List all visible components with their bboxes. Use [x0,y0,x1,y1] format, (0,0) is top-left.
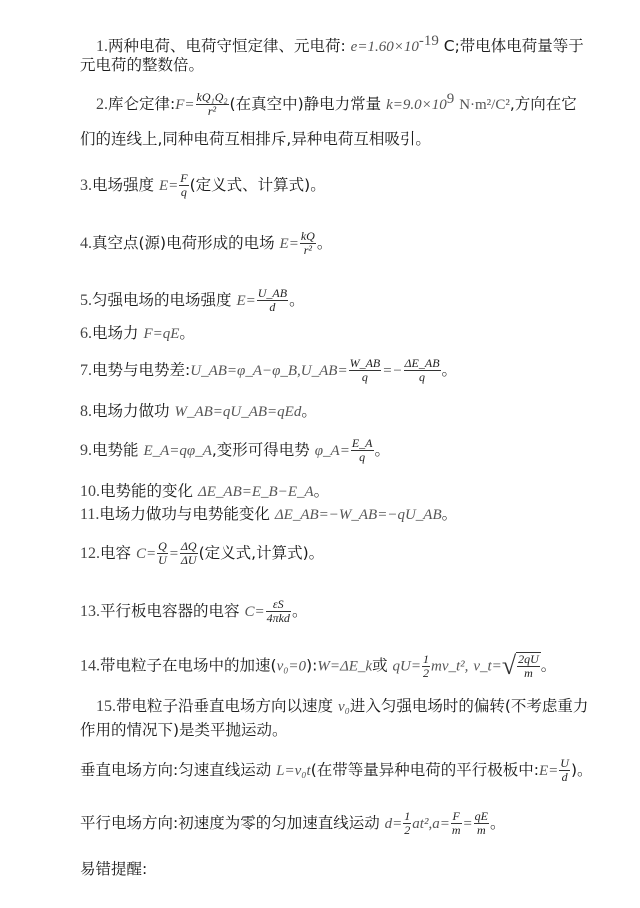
item-text: 平行板电容器的电容 [100,602,240,620]
item-1-cont: 元电荷的整数倍。 [80,54,204,76]
formula: F=qE [143,326,179,342]
radical-sign-icon: √ [502,651,516,680]
fraction: Fq [179,172,188,199]
numerator: F [179,172,188,186]
formula: ΔE_AB=E_B−E_A [198,484,314,500]
item-13: 13.平行板电容器的电容 C=εS4πkd。 [80,598,307,625]
equals: = [463,816,473,832]
item-number: 15. [96,698,116,715]
numerator: E_A [351,437,374,451]
item-10: 10.电势能的变化 ΔE_AB=E_B−E_A。 [80,480,329,503]
item-number: 8. [80,403,92,420]
formula: φ_A= [315,443,350,459]
item-text: 。 [314,482,330,500]
item-text: 。 [442,361,458,379]
item-text: 或 [372,657,388,675]
equals: =− [382,363,402,379]
numerator: ΔQ [180,540,198,554]
item-text: 。 [301,402,317,420]
numerator: U [559,757,570,771]
denominator: q [179,186,188,199]
item-text: 。 [289,291,305,309]
fraction: qEm [474,810,489,837]
numerator: 1 [422,653,430,667]
item-5: 5.匀强电场的电场强度 E=U_ABd。 [80,287,305,314]
fraction: E_Aq [351,437,374,464]
denominator: q [351,451,374,464]
equals: = [169,546,179,562]
item-text: C;带电体电荷量等于 [444,37,584,55]
formula: C= [136,546,156,562]
formula: E= [280,236,299,252]
item-3: 3.电场强度 E=Fq(定义式、计算式)。 [80,172,326,199]
item-text: 。 [317,234,333,252]
denominator: 4πkd [266,612,291,625]
denominator: 2 [422,667,430,680]
item-text: 电场力做功与电势能变化 [99,505,270,523]
item-text: (在真空中)静电力常量 [230,95,382,113]
numerator: ΔE_AB [404,357,441,371]
formula: d= [385,816,403,832]
item-7: 7.电势与电势差:U_AB=φ_A−φ_B,U_AB=W_ABq=−ΔE_ABq… [80,357,457,384]
item-text: (定义式,计算式)。 [199,544,325,562]
item-text: 电场力做功 [92,402,170,420]
fraction: 12 [422,653,430,680]
item-number: 2. [96,96,108,113]
item-text: 。 [375,441,391,459]
item-text: 两种电荷、电荷守恒定律、元电荷: [108,37,346,55]
numerator: kQ₁Q₂ [196,91,229,105]
item-9: 9.电势能 E_A=qφ_A,变形可得电势 φ_A=E_Aq。 [80,437,390,464]
formula: C= [244,604,264,620]
item-text: ): [306,657,317,675]
item-text: ,变形可得电势 [212,441,310,459]
formula: U_AB=φ_A−φ_B,U_AB= [190,363,347,379]
fraction: εS4πkd [266,598,291,625]
error-reminder-label: 易错提醒: [80,858,147,880]
item-2-cont: 们的连线上,同种电荷互相排斥,异种电荷互相吸引。 [80,128,431,150]
formula: E= [159,178,178,194]
formula: at²,a= [412,816,450,832]
formula: W_AB=qU_AB=qEd [174,404,301,420]
formula: E= [539,763,558,779]
formula: v₀ [338,699,350,715]
item-15-cont: 作用的情况下)是类平抛运动。 [80,719,288,741]
item-number: 14. [80,658,100,675]
fraction: 12 [403,810,411,837]
item-text: 带电粒子沿垂直电场方向以速度 [116,697,333,715]
item-text: 电场力 [92,324,139,342]
item-number: 12. [80,545,100,562]
item-text: 真空点(源)电荷形成的电场 [92,234,275,252]
exponent: -19 [419,33,439,49]
denominator: d [257,301,288,314]
fraction: Ud [559,757,570,784]
item-number: 3. [80,177,92,194]
item-text: 库仑定律: [108,95,175,113]
formula: e=1.60×10 [351,39,419,55]
numerator: qE [474,810,489,824]
parallel-direction: 平行电场方向:初速度为零的匀加速直线运动 d=12at²,a=Fm=qEm。 [80,810,506,837]
numerator: U_AB [257,287,288,301]
fraction: QU [157,540,168,567]
denominator: r² [196,105,229,118]
denominator: m [451,824,462,837]
formula: k=9.0×10 [386,97,447,113]
item-number: 13. [80,603,100,620]
formula: ΔE_AB=−W_AB=−qU_AB [275,507,442,523]
formula: L=v₀t [276,763,311,779]
item-8: 8.电场力做功 W_AB=qU_AB=qEd。 [80,400,317,423]
item-text: 电势能 [92,441,139,459]
item-text: 垂直电场方向:匀速直线运动 [80,761,271,779]
formula: v_t= [473,659,501,675]
item-number: 4. [80,235,92,252]
denominator: q [404,371,441,384]
unit: N·m²/C² [459,97,510,113]
fraction: ΔQΔU [180,540,198,567]
item-number: 11. [80,506,99,523]
formula: F= [175,97,194,113]
item-number: 5. [80,292,92,309]
item-text: 电势能的变化 [100,482,193,500]
numerator: 2qU [517,653,540,667]
numerator: kQ [300,230,316,244]
fraction: kQ₁Q₂r² [196,91,229,118]
denominator: 2 [403,824,411,837]
item-12: 12.电容 C=QU=ΔQΔU(定义式,计算式)。 [80,540,324,567]
vertical-direction: 垂直电场方向:匀速直线运动 L=v₀t(在带等量异种电荷的平行极板中:E=Ud)… [80,757,593,784]
denominator: ΔU [180,554,198,567]
denominator: r² [300,244,316,257]
item-text: (定义式、计算式)。 [190,176,326,194]
numerator: W_AB [349,357,382,371]
fraction: 2qUm [517,653,540,680]
numerator: εS [266,598,291,612]
denominator: m [517,667,540,680]
fraction: W_ABq [349,357,382,384]
fraction: ΔE_ABq [404,357,441,384]
item-number: 6. [80,325,92,342]
fraction: U_ABd [257,287,288,314]
numerator: 1 [403,810,411,824]
item-11: 11.电场力做功与电势能变化 ΔE_AB=−W_AB=−qU_AB。 [80,503,457,526]
item-text: 。 [490,814,506,832]
formula: E_A=qφ_A [143,443,211,459]
item-15: 15.带电粒子沿垂直电场方向以速度 v₀进入匀强电场时的偏转(不考虑重力 [96,695,588,718]
item-text: 电场强度 [92,176,154,194]
square-root: √2qUm [502,652,541,680]
denominator: m [474,824,489,837]
item-text: 。 [541,657,557,675]
item-text: 平行电场方向:初速度为零的匀加速直线运动 [80,814,380,832]
item-4: 4.真空点(源)电荷形成的电场 E=kQr²。 [80,230,332,257]
item-number: 9. [80,442,92,459]
item-text: 电容 [100,544,131,562]
item-text: 匀强电场的电场强度 [92,291,232,309]
item-text: 。 [292,602,308,620]
fraction: Fm [451,810,462,837]
item-6: 6.电场力 F=qE。 [80,322,195,345]
item-text: )。 [571,761,593,779]
item-text: 。 [442,505,458,523]
item-number: 1. [96,38,108,55]
denominator: q [349,371,382,384]
item-2: 2.库仑定律:F=kQ₁Q₂r²(在真空中)静电力常量 k=9.0×109 N·… [96,88,577,118]
fraction: kQr² [300,230,316,257]
numerator: Q [157,540,168,554]
item-text: 。 [179,324,195,342]
item-text: (在带等量异种电荷的平行极板中: [311,761,539,779]
exponent: 9 [447,91,455,107]
numerator: F [451,810,462,824]
item-text: ,方向在它 [510,95,577,113]
formula: mv_t², [431,659,468,675]
item-number: 10. [80,483,100,500]
item-text: 进入匀强电场时的偏转(不考虑重力 [350,697,589,715]
formula: E= [236,293,255,309]
denominator: d [559,771,570,784]
item-text: 带电粒子在电场中的加速( [100,657,277,675]
item-text: 电势与电势差: [92,361,190,379]
denominator: U [157,554,168,567]
item-14: 14.带电粒子在电场中的加速(v₀=0):W=ΔE_k或 qU=12mv_t²,… [80,652,556,680]
formula: qU= [393,659,421,675]
item-number: 7. [80,362,92,379]
formula: W=ΔE_k [317,659,372,675]
condition: v₀=0 [277,659,307,675]
